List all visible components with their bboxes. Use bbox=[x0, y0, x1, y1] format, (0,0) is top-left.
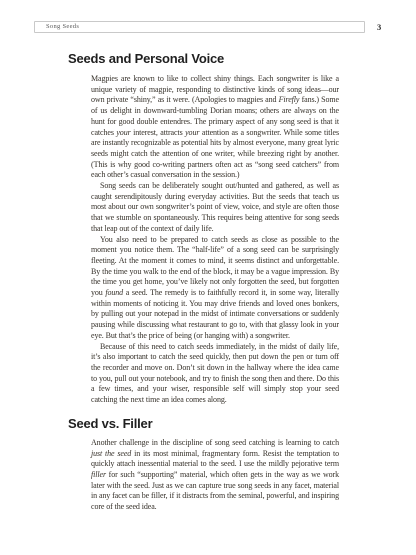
section-body: Magpies are known to like to collect shi… bbox=[91, 74, 339, 406]
section-heading-seed-vs-filler: Seed vs. Filler bbox=[68, 417, 340, 430]
running-title: Song Seeds bbox=[46, 24, 79, 31]
book-page: Song Seeds 3 Seeds and Personal Voice Ma… bbox=[0, 0, 416, 555]
paragraph: Another challenge in the discipline of s… bbox=[91, 438, 339, 513]
section-body: Another challenge in the discipline of s… bbox=[91, 438, 339, 513]
paragraph: You also need to be prepared to catch se… bbox=[91, 235, 339, 342]
paragraph: Magpies are known to like to collect shi… bbox=[91, 74, 339, 181]
section-heading-seeds-and-personal-voice: Seeds and Personal Voice bbox=[68, 52, 340, 65]
running-header-box: Song Seeds bbox=[34, 21, 365, 33]
page-number: 3 bbox=[377, 22, 381, 32]
running-header: Song Seeds 3 bbox=[34, 21, 390, 33]
page-content: Seeds and Personal Voice Magpies are kno… bbox=[68, 52, 340, 513]
paragraph: Because of this need to catch seeds imme… bbox=[91, 342, 339, 406]
paragraph: Song seeds can be deliberately sought ou… bbox=[91, 181, 339, 235]
